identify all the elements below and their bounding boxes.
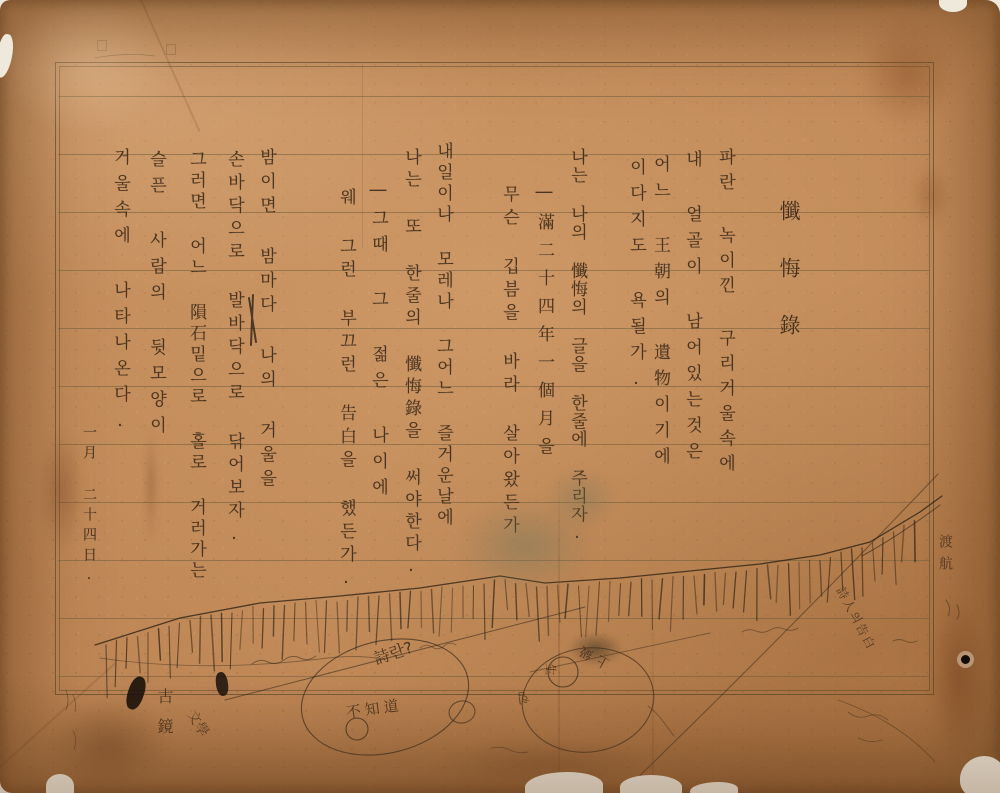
poem-column: 손바닥으로 발바닥으로 닦어보자. bbox=[225, 150, 242, 550]
scribble-dohang: 渡航 bbox=[938, 534, 952, 578]
faint-stamp-mark bbox=[166, 44, 176, 55]
poem-column: 밤이면 밤마다 나의 거울을 bbox=[257, 148, 274, 493]
poem-column: 그러면 어느 隕石밑으로 홀로 거러가는 bbox=[187, 150, 204, 582]
paper-sheet: 懺悔錄 파란 녹이낀 구리거울속에 내 얼골이 남어있는것은 어느 王朝의 遺物… bbox=[0, 0, 1000, 793]
poem-column: 이다지도 욕될가. bbox=[627, 158, 644, 398]
poem-column: 내일이나 모레나 그어느 즐거운날에 bbox=[434, 142, 451, 529]
poem-column: 슬픈 사람의 뒷모양이 bbox=[147, 150, 164, 442]
faint-stamp-mark bbox=[97, 40, 107, 51]
poem-column: ―滿二十四年一個月을 bbox=[535, 182, 552, 465]
poem-column: 파란 녹이낀 구리거울속에 bbox=[716, 148, 733, 479]
poem-title: 懺悔錄 bbox=[778, 200, 799, 371]
torn-edge bbox=[939, 0, 967, 12]
poem-column: 나는 나의 懺悔의 글을 한줄에 주리자. bbox=[568, 148, 585, 544]
poem-column: 나는 또 한줄의 懺悔錄을 써야한다. bbox=[402, 148, 419, 581]
pin-hole bbox=[961, 655, 970, 664]
bottom-shading bbox=[0, 673, 1000, 793]
poem-column: 어느 王朝의 遺物이기에 bbox=[651, 155, 668, 473]
poem-column: ―그때 그 젊은 나이에 bbox=[369, 180, 386, 504]
poem-column: 무슨 깁븜을 바라 살아왔든가 bbox=[500, 185, 517, 539]
poem-column: 거울속에 나타나온다. bbox=[111, 148, 128, 440]
poem-column: 웨 그런 부끄런 告白을 했든가. bbox=[337, 188, 354, 594]
torn-edge bbox=[0, 33, 16, 79]
poem-column: 내 얼골이 남어있는것은 bbox=[683, 150, 700, 468]
date-column: 一月 二十四日. bbox=[82, 425, 96, 589]
manuscript-photo: 懺悔錄 파란 녹이낀 구리거울속에 내 얼골이 남어있는것은 어느 王朝의 遺物… bbox=[0, 0, 1000, 793]
